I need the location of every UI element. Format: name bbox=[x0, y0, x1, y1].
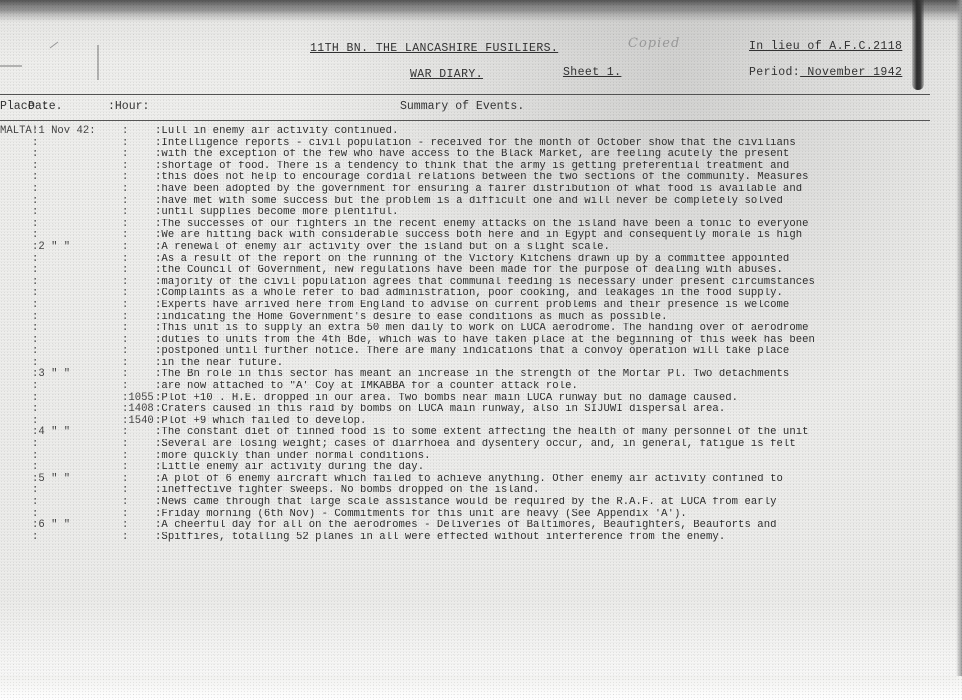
diary-entry-line: :::duties to units from the 4th Bde, whi… bbox=[0, 335, 962, 347]
entry-date: :5 " " bbox=[32, 474, 122, 486]
entry-date: : bbox=[32, 207, 122, 219]
entry-date: : bbox=[32, 172, 122, 184]
entry-text: :indicating the Home Government's desire… bbox=[155, 312, 962, 324]
entry-date: : bbox=[32, 404, 122, 416]
entry-text: :more quickly than under normal conditio… bbox=[155, 451, 962, 463]
pencil-marks bbox=[0, 40, 110, 90]
entry-text: :the Council of Government, new regulati… bbox=[155, 265, 962, 277]
diary-entry-line: :::This unit is to supply an extra 50 me… bbox=[0, 323, 962, 335]
diary-entry-line: :::Intelligence reports - civil populati… bbox=[0, 138, 962, 150]
entry-place: MALTA! bbox=[0, 126, 32, 138]
entry-text: :Several are losing weight; cases of dia… bbox=[155, 439, 962, 451]
entry-text: :The successes of our fighters in the re… bbox=[155, 219, 962, 231]
sheet-label: Sheet 1. bbox=[563, 66, 621, 79]
period: Period: November 1942 bbox=[749, 66, 902, 79]
diary-entry-line: :::shortage of food. There is a tendency… bbox=[0, 161, 962, 173]
entry-date: : bbox=[32, 485, 122, 497]
entry-text: :Plot +9 which failed to develop. bbox=[155, 416, 962, 428]
entry-hour: : bbox=[122, 381, 156, 393]
entry-date: : bbox=[32, 196, 122, 208]
unit-title: 11TH BN. THE LANCASHIRE FUSILIERS. bbox=[310, 42, 558, 55]
diary-entry-line: :2 " "::A renewal of enemy air activity … bbox=[0, 242, 962, 254]
entry-text: :Plot +10 . H.E. dropped in our area. Tw… bbox=[155, 393, 962, 405]
diary-entry-line: :::are now attached to "A' Coy at IMKABB… bbox=[0, 381, 962, 393]
diary-entry-line: MALTA!:1 Nov 42:::Lull in enemy air acti… bbox=[0, 126, 962, 138]
entry-hour: : bbox=[122, 126, 156, 138]
sheet-number: Sheet 1. bbox=[563, 66, 621, 79]
diary-entry-line: :4 " "::The constant diet of tinned food… bbox=[0, 427, 962, 439]
diary-entry-line: :3 " "::The Bn role in this sector has m… bbox=[0, 369, 962, 381]
diary-entries: MALTA!:1 Nov 42:::Lull in enemy air acti… bbox=[0, 126, 962, 543]
diary-entry-line: :::more quickly than under normal condit… bbox=[0, 451, 962, 463]
entry-date: : bbox=[32, 277, 122, 289]
entry-date: : bbox=[32, 300, 122, 312]
entry-text: :Little enemy air activity during the da… bbox=[155, 462, 962, 474]
diary-entry-line: :::with the exception of the few who hav… bbox=[0, 149, 962, 161]
entry-text: :We are hitting back with considerable s… bbox=[155, 230, 962, 242]
entry-date: : bbox=[32, 381, 122, 393]
diary-entry-line: :::Little enemy air activity during the … bbox=[0, 462, 962, 474]
diary-entry-line: :::this does not help to encourage cordi… bbox=[0, 172, 962, 184]
entry-text: :majority of the civil population agrees… bbox=[155, 277, 962, 289]
entry-date: : bbox=[32, 451, 122, 463]
entry-date: :2 " " bbox=[32, 242, 122, 254]
diary-entry-line: :::The successes of our fighters in the … bbox=[0, 219, 962, 231]
diary-entry-line: :::We are hitting back with considerable… bbox=[0, 230, 962, 242]
entry-date: : bbox=[32, 323, 122, 335]
column-header-date: Date. bbox=[28, 100, 63, 113]
period-value: November 1942 bbox=[800, 66, 902, 79]
diary-entry-line: :::Experts have arrived here from Englan… bbox=[0, 300, 962, 312]
entry-text: :Experts have arrived here from England … bbox=[155, 300, 962, 312]
entry-text: :Lull in enemy air activity continued. bbox=[155, 126, 962, 138]
entry-text: :this does not help to encourage cordial… bbox=[155, 172, 962, 184]
entry-date: :1 Nov 42: bbox=[32, 126, 122, 138]
entry-text: :The Bn role in this sector has meant an… bbox=[155, 369, 962, 381]
entry-hour: : bbox=[122, 242, 156, 254]
entry-text: :have met with some success but the prob… bbox=[155, 196, 962, 208]
entry-text: :Friday morning (6th Nov) - Commitments … bbox=[155, 509, 962, 521]
entry-text: :ineffective fighter sweeps. No bombs dr… bbox=[155, 485, 962, 497]
entry-date: : bbox=[32, 312, 122, 324]
entry-hour: : bbox=[122, 532, 156, 544]
entry-hour: : bbox=[122, 323, 156, 335]
diary-entry-line: :::postponed until further notice. There… bbox=[0, 346, 962, 358]
diary-entry-line: ::1540:Plot +9 which failed to develop. bbox=[0, 416, 962, 428]
diary-entry-line: :::the Council of Government, new regula… bbox=[0, 265, 962, 277]
entry-date: : bbox=[32, 288, 122, 300]
page-bottom-edge bbox=[0, 676, 962, 700]
column-header-hour: :Hour: bbox=[108, 100, 149, 113]
diary-entry-line: :::News came through that large scale as… bbox=[0, 497, 962, 509]
diary-entry-line: :::have met with some success but the pr… bbox=[0, 196, 962, 208]
entry-text: :A renewal of enemy air activity over th… bbox=[155, 242, 962, 254]
entry-hour: : bbox=[122, 497, 156, 509]
diary-entry-line: :::Spitfires, totalling 52 planes in all… bbox=[0, 532, 962, 544]
diary-entry-line: :::Friday morning (6th Nov) - Commitment… bbox=[0, 509, 962, 521]
diary-entry-line: :::ineffective fighter sweeps. No bombs … bbox=[0, 485, 962, 497]
entry-hour: : bbox=[122, 207, 156, 219]
entry-date: : bbox=[32, 439, 122, 451]
entry-text: :Craters caused in this raid by bombs on… bbox=[155, 404, 962, 416]
scanned-document-page: Copied 11TH BN. THE LANCASHIRE FUSILIERS… bbox=[0, 0, 962, 700]
diary-entry-line: :::have been adopted by the government f… bbox=[0, 184, 962, 196]
entry-date: :6 " " bbox=[32, 520, 122, 532]
period-label: Period: bbox=[749, 66, 800, 79]
entry-hour: : bbox=[122, 300, 156, 312]
entry-text: :in the near future. bbox=[155, 358, 962, 370]
entry-text: :with the exception of the few who have … bbox=[155, 149, 962, 161]
entry-text: :This unit is to supply an extra 50 men … bbox=[155, 323, 962, 335]
entry-text: :are now attached to "A' Coy at IMKABBA … bbox=[155, 381, 962, 393]
pencil-annotation: Copied bbox=[628, 36, 680, 51]
header-rule-bottom bbox=[0, 120, 930, 121]
diary-entry-line: :5 " "::A plot of 6 enemy aircraft which… bbox=[0, 474, 962, 486]
entry-date: : bbox=[32, 184, 122, 196]
entry-text: :News came through that large scale assi… bbox=[155, 497, 962, 509]
diary-entry-line: :::Complaints as a whole refer to bad ad… bbox=[0, 288, 962, 300]
diary-entry-line: :::majority of the civil population agre… bbox=[0, 277, 962, 289]
entry-text: :As a result of the report on the runnin… bbox=[155, 254, 962, 266]
entry-text: :postponed until further notice. There a… bbox=[155, 346, 962, 358]
entry-date: : bbox=[32, 532, 122, 544]
entry-date: : bbox=[32, 149, 122, 161]
entry-text: :Complaints as a whole refer to bad admi… bbox=[155, 288, 962, 300]
entry-text: :until supplies become more plentiful. bbox=[155, 207, 962, 219]
diary-entry-line: :::indicating the Home Government's desi… bbox=[0, 312, 962, 324]
entry-text: :duties to units from the 4th Bde, which… bbox=[155, 335, 962, 347]
entry-date: :3 " " bbox=[32, 369, 122, 381]
diary-entry-line: :6 " "::A cheerful day for all on the ae… bbox=[0, 520, 962, 532]
entry-text: :shortage of food. There is a tendency t… bbox=[155, 161, 962, 173]
entry-date: : bbox=[32, 346, 122, 358]
entry-date: : bbox=[32, 497, 122, 509]
entry-date: : bbox=[32, 219, 122, 231]
entry-date: : bbox=[32, 335, 122, 347]
entry-hour: : bbox=[122, 439, 156, 451]
entry-date: :4 " " bbox=[32, 427, 122, 439]
diary-entry-line: :::As a result of the report on the runn… bbox=[0, 254, 962, 266]
entry-date: : bbox=[32, 254, 122, 266]
entry-text: :Spitfires, totalling 52 planes in all w… bbox=[155, 532, 962, 544]
fold-mark bbox=[912, 0, 924, 90]
entry-date: : bbox=[32, 138, 122, 150]
scan-top-shadow bbox=[0, 0, 962, 14]
entry-hour: : bbox=[122, 184, 156, 196]
diary-entry-line: :::until supplies become more plentiful. bbox=[0, 207, 962, 219]
entry-hour: : bbox=[122, 265, 156, 277]
entry-date: : bbox=[32, 265, 122, 277]
entry-date: : bbox=[32, 161, 122, 173]
entry-text: :The constant diet of tinned food is to … bbox=[155, 427, 962, 439]
header-rule-top bbox=[0, 94, 930, 95]
form-reference: In lieu of A.F.C.2118 bbox=[749, 40, 902, 53]
entry-text: :A cheerful day for all on the aerodrome… bbox=[155, 520, 962, 532]
diary-entry-line: :::Several are losing weight; cases of d… bbox=[0, 439, 962, 451]
entry-text: :A plot of 6 enemy aircraft which failed… bbox=[155, 474, 962, 486]
diary-entry-line: :::in the near future. bbox=[0, 358, 962, 370]
column-header-summary: Summary of Events. bbox=[400, 100, 524, 113]
entry-text: :Intelligence reports - civil population… bbox=[155, 138, 962, 150]
entry-date: : bbox=[32, 393, 122, 405]
diary-label: WAR DIARY. bbox=[410, 68, 483, 81]
entry-text: :have been adopted by the government for… bbox=[155, 184, 962, 196]
